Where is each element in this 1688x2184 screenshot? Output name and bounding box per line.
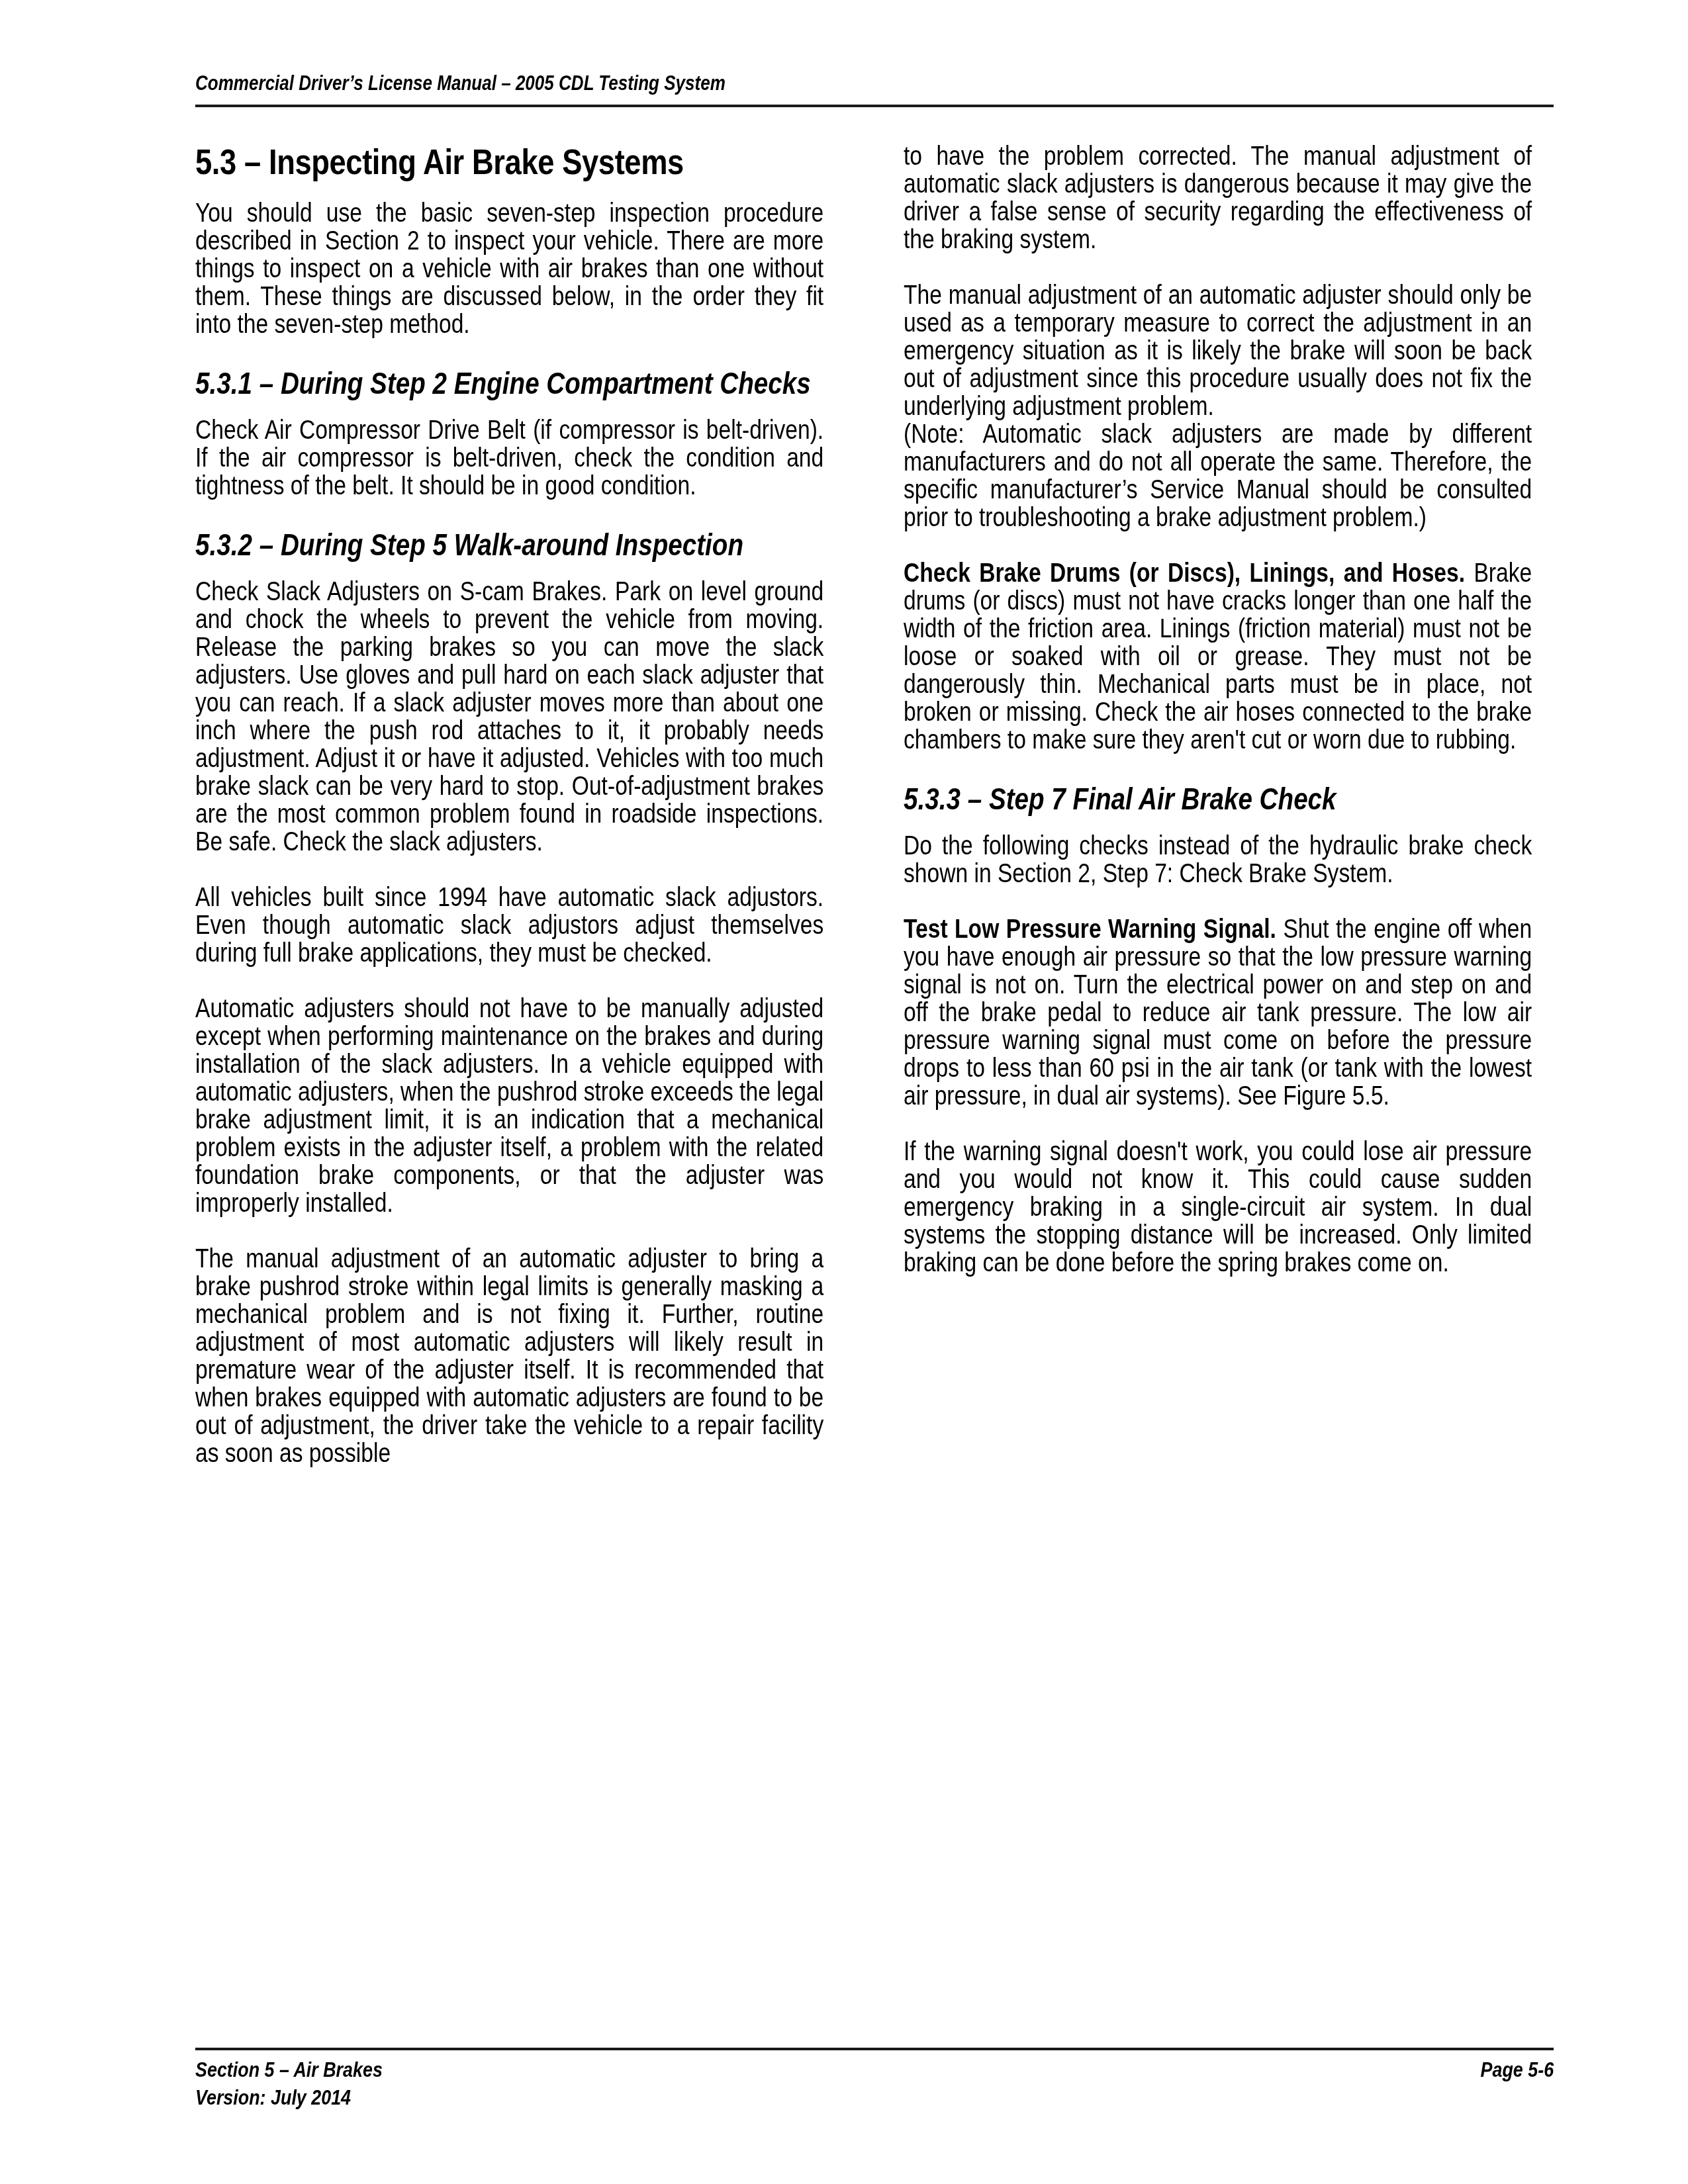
section-heading-5-3: 5.3 – Inspecting Air Brake Systems <box>195 142 823 182</box>
footer-version-label: Version: July 2014 <box>195 2085 351 2109</box>
paragraph-note: (Note: Automatic slack adjusters are mad… <box>904 420 1532 531</box>
sub-heading-5-3-3: 5.3.3 – Step 7 Final Air Brake Check <box>904 782 1532 816</box>
paragraph-temporary-measure: The manual adjustment of an automatic ad… <box>904 281 1532 420</box>
footer-rule <box>195 2048 1554 2050</box>
paragraph-since-1994: All vehicles built since 1994 have autom… <box>195 884 823 967</box>
paragraph-problem-corrected: to have the problem corrected. The manua… <box>904 142 1532 253</box>
manual-page: Commercial Driver’s License Manual – 200… <box>0 0 1688 2184</box>
low-pressure-lead-in: Test Low Pressure Warning Signal. <box>904 915 1276 944</box>
left-column: 5.3 – Inspecting Air Brake Systems You s… <box>195 142 823 1495</box>
sub-heading-5-3-1: 5.3.1 – During Step 2 Engine Compartment… <box>195 366 823 400</box>
paragraph-manual-adjustment: The manual adjustment of an automatic ad… <box>195 1245 823 1467</box>
paragraph-automatic-adjusters: Automatic adjusters should not have to b… <box>195 995 823 1217</box>
brake-drums-lead-in: Check Brake Drums (or Discs), Linings, a… <box>904 559 1465 588</box>
footer-page-number: Page 5-6 <box>1481 2056 1554 2083</box>
footer-section-label: Section 5 – Air Brakes <box>195 2056 383 2083</box>
paragraph-brake-drums: Check Brake Drums (or Discs), Linings, a… <box>904 559 1532 754</box>
paragraph-low-pressure-warning: Test Low Pressure Warning Signal. Shut t… <box>904 915 1532 1110</box>
paragraph-slack-adjusters: Check Slack Adjusters on S-cam Brakes. P… <box>195 578 823 856</box>
page-header-title: Commercial Driver’s License Manual – 200… <box>195 70 1554 97</box>
paragraph-warning-signal-failure: If the warning signal doesn't work, you … <box>904 1138 1532 1277</box>
sub-heading-5-3-2: 5.3.2 – During Step 5 Walk-around Inspec… <box>195 527 823 562</box>
paragraph-intro: You should use the basic seven-step insp… <box>195 199 823 338</box>
paragraph-final-air-brake-check: Do the following checks instead of the h… <box>904 832 1532 887</box>
low-pressure-body: Shut the engine off when you have enough… <box>904 915 1532 1111</box>
header-rule <box>195 105 1554 107</box>
page-footer: Section 5 – Air Brakes Page 5-6 Version:… <box>195 2056 1554 2111</box>
right-column: to have the problem corrected. The manua… <box>904 142 1532 1304</box>
brake-drums-body: Brake drums (or discs) must not have cra… <box>904 559 1532 754</box>
paragraph-compressor-belt: Check Air Compressor Drive Belt (if comp… <box>195 416 823 500</box>
